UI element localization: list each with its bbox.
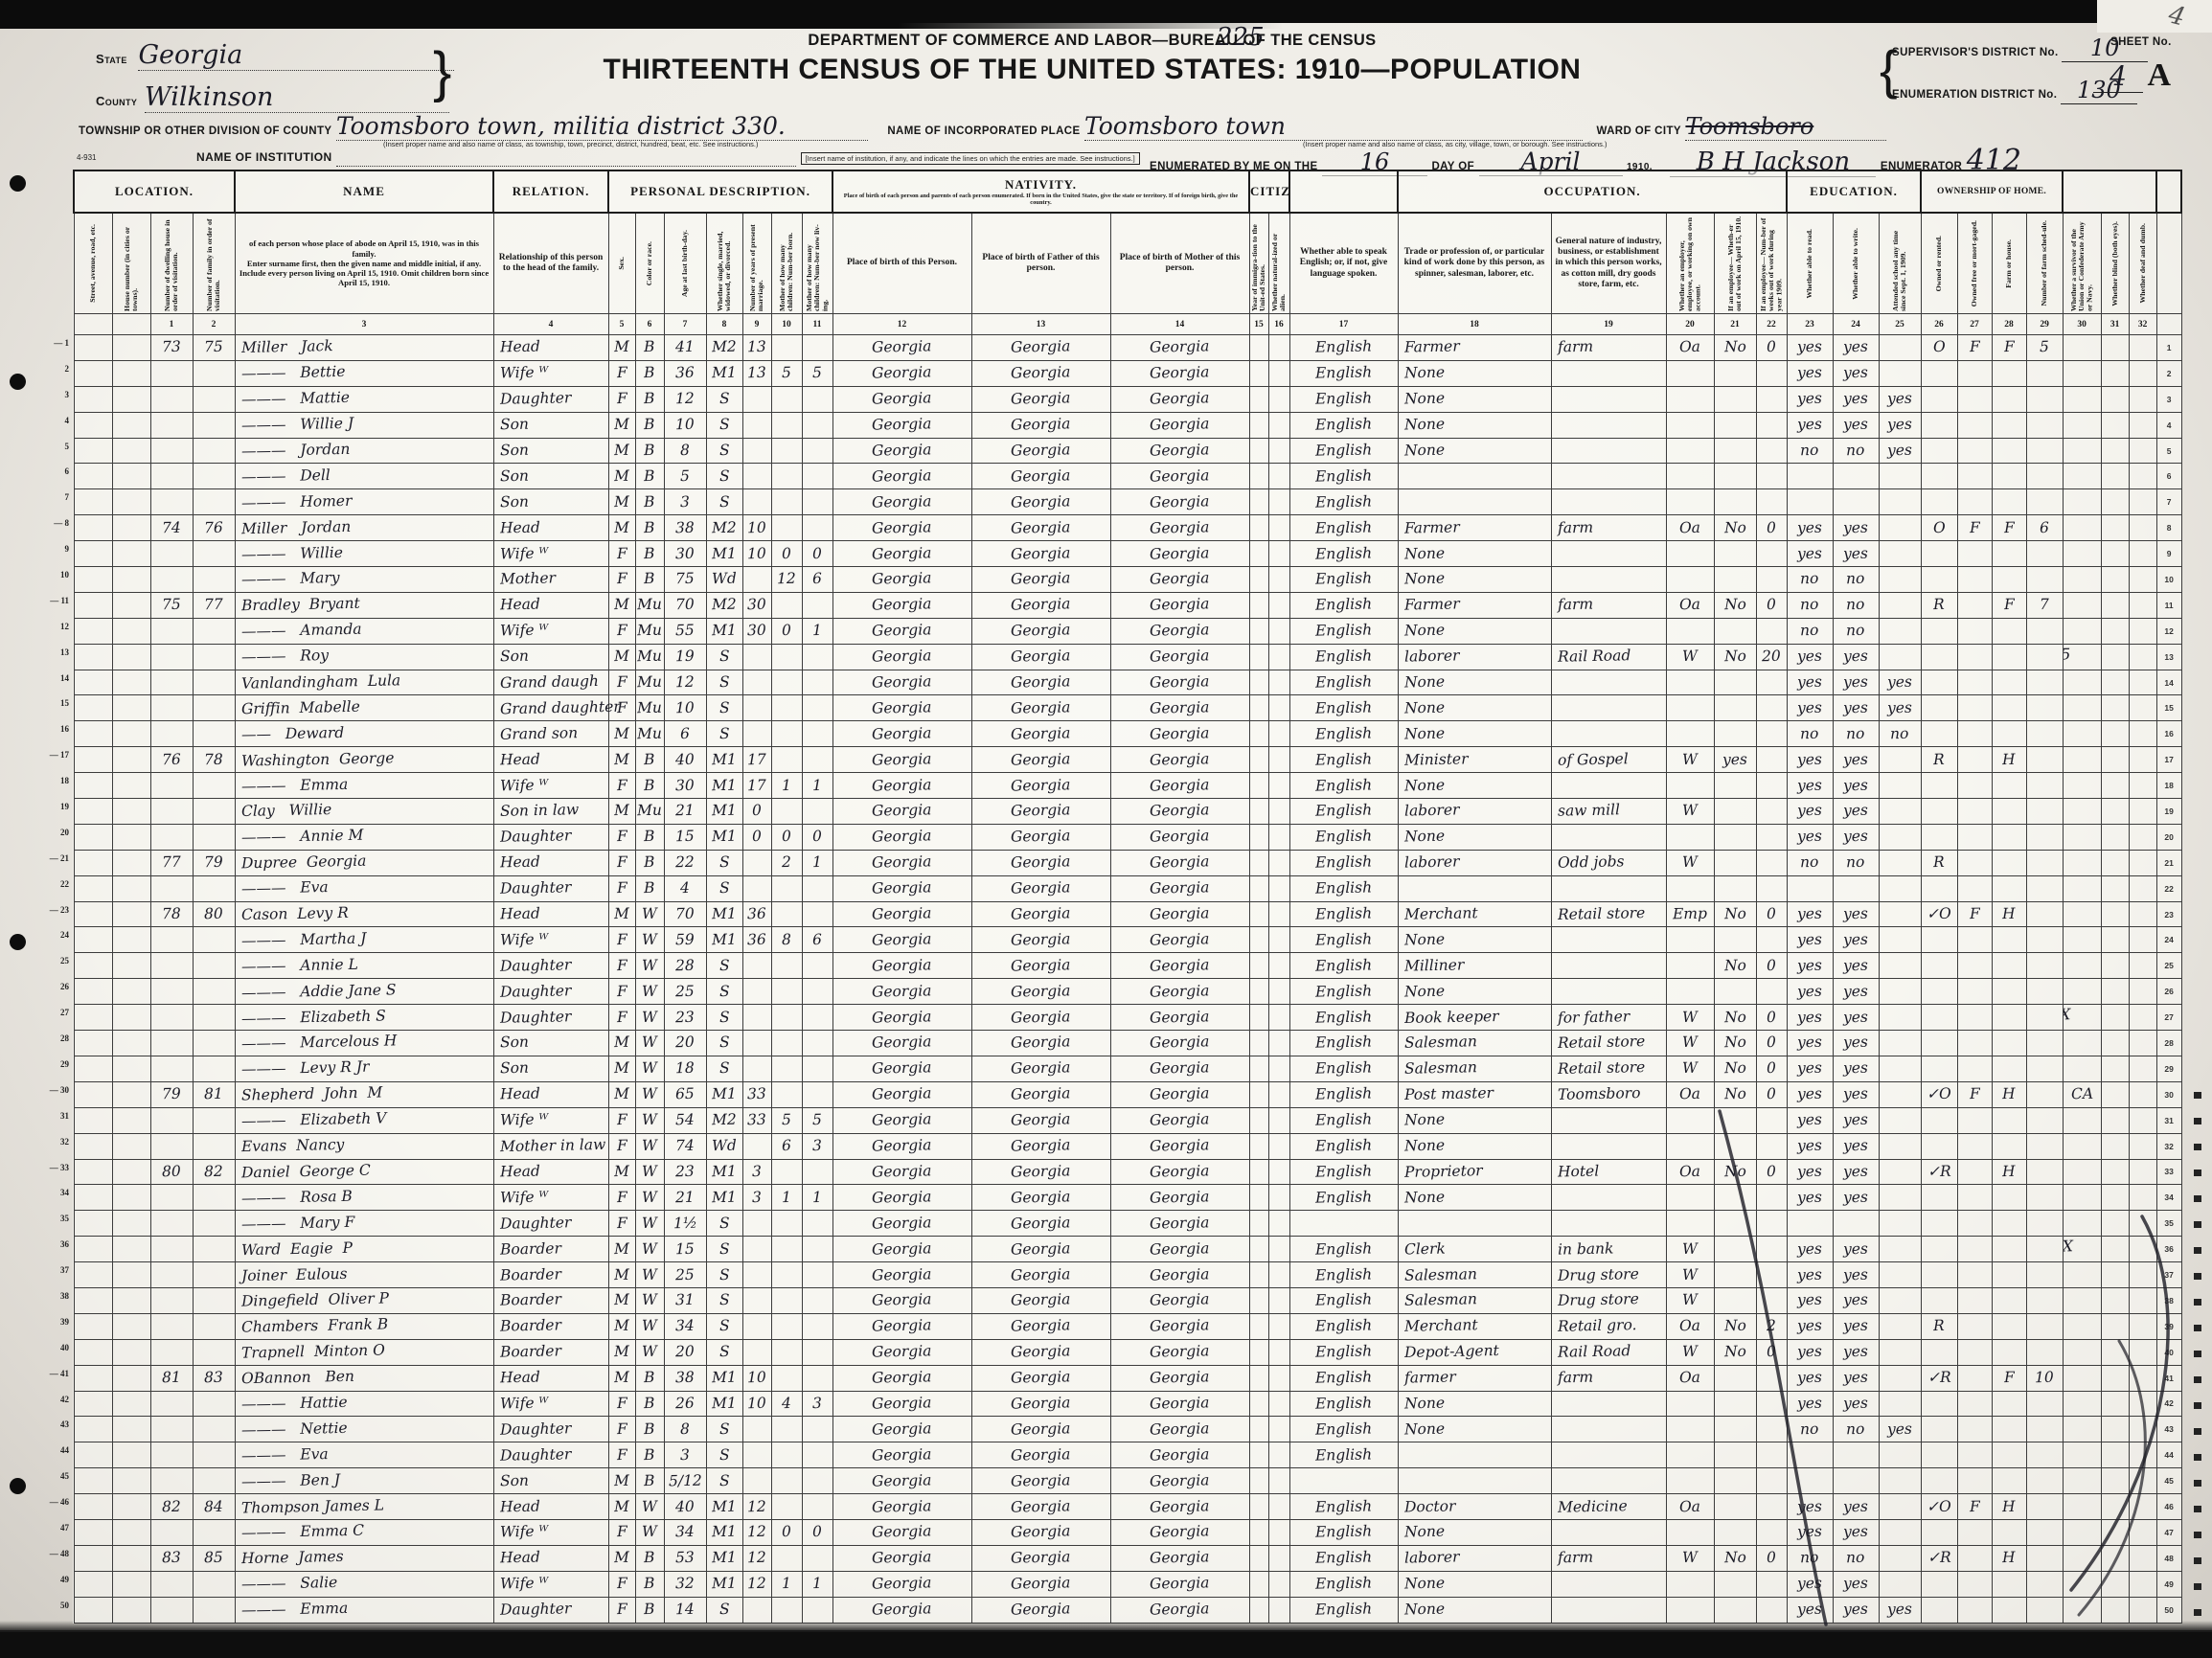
col-employer-cell: W xyxy=(1666,799,1714,825)
col-line-number-right-cell: 40 xyxy=(2156,1339,2181,1365)
col-immigration-year-cell xyxy=(1249,1237,1268,1262)
col-trade-cell: None xyxy=(1398,1133,1551,1159)
col-farm-house-cell: H xyxy=(1992,1545,2026,1571)
col-farm-house-cell xyxy=(1992,489,2026,515)
col-children-born-cell xyxy=(771,1159,802,1185)
col-weeks-out-cell: 0 xyxy=(1756,592,1787,618)
col-write-cell: no xyxy=(1833,438,1879,464)
col-house-number-cell xyxy=(112,1391,150,1417)
col-weeks-out-cell: 0 xyxy=(1756,1545,1787,1571)
col-free-mortgaged-cell xyxy=(1957,1519,1992,1545)
line-number: — 30 xyxy=(29,1078,69,1103)
col-trade-cell: None xyxy=(1398,567,1551,593)
col-farm-house-cell xyxy=(1992,1339,2026,1365)
county-line: County Wilkinson xyxy=(96,82,449,113)
col-industry-cell: farm xyxy=(1551,1365,1666,1391)
col-owned-rented-cell xyxy=(1921,1468,1957,1494)
col-immigration-year-cell xyxy=(1249,541,1268,567)
col-survivor-cell xyxy=(2063,1031,2101,1056)
col-immigration-year-cell xyxy=(1249,1365,1268,1391)
col-marital-cell: M1 xyxy=(706,927,742,953)
col-owned-rented-cell: ✓O xyxy=(1921,1081,1957,1107)
col-immigration-year-cell xyxy=(1249,1262,1268,1288)
col-weeks-out-cell: 0 xyxy=(1756,1031,1787,1056)
col-children-living-cell xyxy=(802,875,832,901)
col-deaf-dumb-cell xyxy=(2129,979,2156,1005)
col-family-number-cell xyxy=(193,670,235,695)
col-street-cell xyxy=(74,1056,112,1081)
col-trade-cell: None xyxy=(1398,773,1551,799)
col-dwelling-number-cell: 74 xyxy=(150,515,193,541)
col-write-cell: yes xyxy=(1833,1237,1879,1262)
col-relation-cell: Wife ᵂ xyxy=(493,541,608,567)
col-dwelling-number-cell xyxy=(150,567,193,593)
col-marital-cell: M2 xyxy=(706,335,742,361)
col-children-born-cell xyxy=(771,412,802,438)
col-read-cell: yes xyxy=(1787,1287,1833,1313)
col-dwelling-number-cell xyxy=(150,1313,193,1339)
col-age-cell: 18 xyxy=(664,1056,706,1081)
col-color-cell: B xyxy=(635,1597,664,1623)
col-birthplace-header: Place of birth of this Person. xyxy=(832,213,971,314)
section-blank xyxy=(2063,170,2156,213)
col-out-of-work-cell: No xyxy=(1714,1056,1756,1081)
col-father-birthplace-cell: Georgia xyxy=(971,541,1110,567)
col-farm-house-cell xyxy=(1992,1417,2026,1442)
col-mother-birthplace-cell: Georgia xyxy=(1110,1211,1249,1237)
table-row: 7981Shepherd John MHeadMW65M133GeorgiaGe… xyxy=(74,1081,2181,1107)
col-write-cell: yes xyxy=(1833,1391,1879,1417)
col-weeks-out-cell xyxy=(1756,1365,1787,1391)
col-color-cell: B xyxy=(635,1468,664,1494)
col-children-born-cell xyxy=(771,1211,802,1237)
col-survivor-cell xyxy=(2063,335,2101,361)
col-marital-cell: Wd xyxy=(706,1133,742,1159)
col-employer-cell xyxy=(1666,1391,1714,1417)
col-marital-cell: M1 xyxy=(706,901,742,927)
col-english-cell: English xyxy=(1289,1442,1398,1468)
col-family-number-number: 2 xyxy=(193,314,235,335)
col-age-cell: 41 xyxy=(664,335,706,361)
col-immigration-year-cell xyxy=(1249,1133,1268,1159)
col-birthplace-cell: Georgia xyxy=(832,464,971,489)
col-sex-cell: M xyxy=(608,901,635,927)
col-dwelling-number-cell xyxy=(150,1005,193,1031)
col-blind-cell xyxy=(2101,773,2129,799)
col-years-married-cell xyxy=(742,438,771,464)
col-trade-cell: Farmer xyxy=(1398,592,1551,618)
col-line-number-right-cell: 13 xyxy=(2156,644,2181,670)
col-naturalized-cell xyxy=(1268,489,1289,515)
col-read-cell: yes xyxy=(1787,901,1833,927)
table-row: ——— MattieDaughterFB12SGeorgiaGeorgiaGeo… xyxy=(74,386,2181,412)
col-naturalized-cell xyxy=(1268,695,1289,721)
col-name-cell: Horne James xyxy=(235,1545,493,1571)
col-read-cell: yes xyxy=(1787,541,1833,567)
col-relation-cell: Head xyxy=(493,335,608,361)
col-naturalized-cell xyxy=(1268,1005,1289,1031)
col-children-living-cell xyxy=(802,747,832,773)
col-survivor-cell xyxy=(2063,1417,2101,1442)
col-age-cell: 70 xyxy=(664,901,706,927)
col-marital-cell: M1 xyxy=(706,1519,742,1545)
col-dwelling-number-cell: 80 xyxy=(150,1159,193,1185)
col-industry-cell: Retail store xyxy=(1551,1056,1666,1081)
col-industry-cell: Hotel xyxy=(1551,1159,1666,1185)
dept-line: DEPARTMENT OF COMMERCE AND LABOR—BUREAU … xyxy=(613,32,1571,50)
col-farm-schedule-number: 29 xyxy=(2026,314,2063,335)
col-house-number-cell xyxy=(112,1571,150,1597)
col-survivor-cell xyxy=(2063,1262,2101,1288)
col-name-cell: Washington George xyxy=(235,747,493,773)
col-sex-cell: F xyxy=(608,927,635,953)
col-dwelling-number-cell xyxy=(150,1519,193,1545)
line-number: 12 xyxy=(29,614,69,640)
col-birthplace-cell: Georgia xyxy=(832,1005,971,1031)
col-children-born-header: Mother of how many children: Num-ber bor… xyxy=(771,213,802,314)
col-deaf-dumb-cell xyxy=(2129,1287,2156,1313)
col-weeks-out-cell xyxy=(1756,773,1787,799)
col-trade-cell: laborer xyxy=(1398,799,1551,825)
col-line-number-right-cell: 36 xyxy=(2156,1237,2181,1262)
table-row: Griffin MabelleGrand daughterFMu10SGeorg… xyxy=(74,695,2181,721)
col-read-cell: yes xyxy=(1787,953,1833,979)
col-color-cell: B xyxy=(635,875,664,901)
col-blind-cell xyxy=(2101,721,2129,747)
col-farm-schedule-cell: 10 xyxy=(2026,1365,2063,1391)
col-immigration-year-cell xyxy=(1249,721,1268,747)
col-sex-cell: M xyxy=(608,592,635,618)
col-years-married-cell xyxy=(742,386,771,412)
col-read-cell: yes xyxy=(1787,335,1833,361)
col-house-number-cell xyxy=(112,618,150,644)
col-street-cell xyxy=(74,799,112,825)
col-owned-rented-header: Owned or rented. xyxy=(1921,213,1957,314)
col-name-cell: Vanlandingham Lula xyxy=(235,670,493,695)
col-blind-cell xyxy=(2101,1056,2129,1081)
col-house-number-cell xyxy=(112,721,150,747)
col-deaf-dumb-cell xyxy=(2129,875,2156,901)
col-school-cell xyxy=(1879,1391,1921,1417)
col-family-number-cell xyxy=(193,412,235,438)
col-deaf-dumb-header: Whether deaf and dumb. xyxy=(2129,213,2156,314)
col-age-cell: 23 xyxy=(664,1159,706,1185)
col-relation-cell: Son xyxy=(493,489,608,515)
col-naturalized-cell xyxy=(1268,1442,1289,1468)
col-school-cell xyxy=(1879,541,1921,567)
col-family-number-cell: 76 xyxy=(193,515,235,541)
col-dwelling-number-cell xyxy=(150,1056,193,1081)
col-school-cell xyxy=(1879,1519,1921,1545)
col-survivor-cell xyxy=(2063,592,2101,618)
col-owned-rented-cell xyxy=(1921,1417,1957,1442)
col-weeks-out-cell: 20 xyxy=(1756,644,1787,670)
col-name-cell: ——— Homer xyxy=(235,489,493,515)
col-survivor-cell xyxy=(2063,1597,2101,1623)
col-english-cell: English xyxy=(1289,721,1398,747)
col-free-mortgaged-cell xyxy=(1957,567,1992,593)
col-mother-birthplace-cell: Georgia xyxy=(1110,1468,1249,1494)
col-birthplace-cell: Georgia xyxy=(832,747,971,773)
col-birthplace-cell: Georgia xyxy=(832,1365,971,1391)
col-dwelling-number-cell xyxy=(150,1287,193,1313)
col-father-birthplace-cell: Georgia xyxy=(971,1133,1110,1159)
col-farm-house-cell xyxy=(1992,1571,2026,1597)
col-industry-cell xyxy=(1551,1442,1666,1468)
col-immigration-year-cell xyxy=(1249,644,1268,670)
col-color-cell: B xyxy=(635,567,664,593)
col-street-cell xyxy=(74,464,112,489)
section-relation: RELATION. xyxy=(493,170,608,213)
col-school-cell xyxy=(1879,592,1921,618)
col-mother-birthplace-cell: Georgia xyxy=(1110,901,1249,927)
col-school-cell xyxy=(1879,875,1921,901)
col-out-of-work-cell xyxy=(1714,1519,1756,1545)
col-color-cell: W xyxy=(635,1185,664,1211)
col-out-of-work-cell xyxy=(1714,824,1756,850)
col-naturalized-cell xyxy=(1268,1287,1289,1313)
col-name-cell: Thompson James L xyxy=(235,1494,493,1520)
col-blind-cell xyxy=(2101,360,2129,386)
col-house-number-cell xyxy=(112,1005,150,1031)
col-mother-birthplace-cell: Georgia xyxy=(1110,1107,1249,1133)
col-out-of-work-cell xyxy=(1714,1365,1756,1391)
col-birthplace-cell: Georgia xyxy=(832,799,971,825)
col-family-number-cell xyxy=(193,438,235,464)
col-dwelling-number-cell xyxy=(150,824,193,850)
county-label: County xyxy=(96,94,137,108)
col-name-cell: Joiner Eulous xyxy=(235,1262,493,1288)
col-family-number-cell: 84 xyxy=(193,1494,235,1520)
table-row: 8082Daniel George CHeadMW23M13GeorgiaGeo… xyxy=(74,1159,2181,1185)
col-color-cell: W xyxy=(635,901,664,927)
col-write-cell: yes xyxy=(1833,1107,1879,1133)
table-row: ——— WillieWife ᵂFB30M11000GeorgiaGeorgia… xyxy=(74,541,2181,567)
col-write-cell: yes xyxy=(1833,515,1879,541)
col-children-born-cell xyxy=(771,1494,802,1520)
col-owned-rented-cell xyxy=(1921,721,1957,747)
col-sex-cell: M xyxy=(608,1313,635,1339)
col-family-number-cell xyxy=(193,1262,235,1288)
col-english-cell: English xyxy=(1289,592,1398,618)
col-employer-cell xyxy=(1666,773,1714,799)
col-immigration-year-cell xyxy=(1249,1519,1268,1545)
col-dwelling-number-cell xyxy=(150,670,193,695)
col-color-cell: B xyxy=(635,541,664,567)
col-free-mortgaged-cell xyxy=(1957,1417,1992,1442)
col-blind-cell xyxy=(2101,1005,2129,1031)
col-birthplace-cell: Georgia xyxy=(832,1237,971,1262)
col-marital-cell: S xyxy=(706,438,742,464)
col-house-number-number xyxy=(112,314,150,335)
col-age-cell: 30 xyxy=(664,773,706,799)
col-mother-birthplace-cell: Georgia xyxy=(1110,953,1249,979)
col-years-married-cell xyxy=(742,979,771,1005)
col-free-mortgaged-cell xyxy=(1957,953,1992,979)
col-line-number-right-cell: 17 xyxy=(2156,747,2181,773)
col-school-cell xyxy=(1879,1211,1921,1237)
col-age-cell: 54 xyxy=(664,1107,706,1133)
col-weeks-out-header: If an employee— Num-ber of weeks out of … xyxy=(1756,213,1787,314)
table-row: ——— Emma CWife ᵂFW34M11200GeorgiaGeorgia… xyxy=(74,1519,2181,1545)
table-row: Clay WillieSon in lawMMu21M10GeorgiaGeor… xyxy=(74,799,2181,825)
col-industry-cell: farm xyxy=(1551,1545,1666,1571)
col-survivor-cell xyxy=(2063,1391,2101,1417)
col-sex-cell: M xyxy=(608,1339,635,1365)
col-father-birthplace-cell: Georgia xyxy=(971,412,1110,438)
col-line-number-right-cell: 41 xyxy=(2156,1365,2181,1391)
col-age-cell: 5/12 xyxy=(664,1468,706,1494)
col-school-cell xyxy=(1879,799,1921,825)
col-age-cell: 22 xyxy=(664,850,706,875)
col-naturalized-cell xyxy=(1268,824,1289,850)
col-color-cell: B xyxy=(635,464,664,489)
col-family-number-cell xyxy=(193,1339,235,1365)
col-age-cell: 36 xyxy=(664,360,706,386)
col-street-cell xyxy=(74,721,112,747)
col-years-married-cell xyxy=(742,1442,771,1468)
section-blank xyxy=(1289,170,1398,213)
col-school-cell xyxy=(1879,953,1921,979)
col-deaf-dumb-cell xyxy=(2129,1081,2156,1107)
col-sex-cell: F xyxy=(608,1391,635,1417)
col-color-cell: B xyxy=(635,386,664,412)
col-deaf-dumb-cell xyxy=(2129,1339,2156,1365)
col-school-number: 25 xyxy=(1879,314,1921,335)
col-naturalized-cell xyxy=(1268,644,1289,670)
col-weeks-out-cell xyxy=(1756,1519,1787,1545)
col-birthplace-cell: Georgia xyxy=(832,1417,971,1442)
col-name-cell: ——— Addie Jane S xyxy=(235,979,493,1005)
col-free-mortgaged-cell xyxy=(1957,721,1992,747)
col-free-mortgaged-cell xyxy=(1957,464,1992,489)
col-family-number-cell xyxy=(193,875,235,901)
col-deaf-dumb-cell xyxy=(2129,567,2156,593)
col-father-birthplace-cell: Georgia xyxy=(971,1597,1110,1623)
col-family-number-cell: 82 xyxy=(193,1159,235,1185)
col-line-number-right-cell: 16 xyxy=(2156,721,2181,747)
col-name-cell: ——— Annie M xyxy=(235,824,493,850)
col-house-number-cell xyxy=(112,1133,150,1159)
col-trade-cell: Book keeper xyxy=(1398,1005,1551,1031)
col-years-married-cell: 36 xyxy=(742,927,771,953)
col-age-cell: 53 xyxy=(664,1545,706,1571)
col-deaf-dumb-cell xyxy=(2129,1313,2156,1339)
col-street-cell xyxy=(74,1237,112,1262)
col-children-living-cell xyxy=(802,1339,832,1365)
col-deaf-dumb-cell xyxy=(2129,489,2156,515)
col-naturalized-cell xyxy=(1268,670,1289,695)
ward-label: WARD OF CITY xyxy=(1596,125,1681,137)
col-farm-schedule-cell: 5 xyxy=(2026,335,2063,361)
col-children-living-cell xyxy=(802,1081,832,1107)
col-children-living-cell xyxy=(802,953,832,979)
section-occupation: OCCUPATION. xyxy=(1398,170,1787,213)
col-industry-cell xyxy=(1551,489,1666,515)
col-deaf-dumb-cell xyxy=(2129,695,2156,721)
col-read-cell: yes xyxy=(1787,1571,1833,1597)
col-line-number-right-cell: 34 xyxy=(2156,1185,2181,1211)
col-relation-cell: Son xyxy=(493,1468,608,1494)
col-birthplace-cell: Georgia xyxy=(832,644,971,670)
col-naturalized-cell xyxy=(1268,592,1289,618)
col-farm-house-cell: H xyxy=(1992,1159,2026,1185)
col-immigration-year-cell xyxy=(1249,618,1268,644)
section-citizenship: CITIZENSHIP. xyxy=(1249,170,1289,213)
col-age-cell: 38 xyxy=(664,515,706,541)
col-free-mortgaged-cell xyxy=(1957,695,1992,721)
col-survivor-cell xyxy=(2063,618,2101,644)
col-color-cell: B xyxy=(635,1417,664,1442)
col-father-birthplace-cell: Georgia xyxy=(971,1211,1110,1237)
col-mother-birthplace-cell: Georgia xyxy=(1110,1597,1249,1623)
col-sex-cell: F xyxy=(608,1005,635,1031)
col-children-living-cell: 3 xyxy=(802,1133,832,1159)
col-relation-cell: Son xyxy=(493,1031,608,1056)
col-mother-birthplace-cell: Georgia xyxy=(1110,592,1249,618)
col-relation-cell: Mother xyxy=(493,567,608,593)
col-farm-schedule-cell xyxy=(2026,1494,2063,1520)
col-naturalized-cell xyxy=(1268,1185,1289,1211)
table-row: ——— BettieWife ᵂFB36M11355GeorgiaGeorgia… xyxy=(74,360,2181,386)
col-dwelling-number-cell xyxy=(150,1468,193,1494)
col-farm-house-cell: H xyxy=(1992,1494,2026,1520)
col-relation-cell: Boarder xyxy=(493,1287,608,1313)
state-label: State xyxy=(96,52,127,66)
col-color-cell: W xyxy=(635,1313,664,1339)
col-immigration-year-cell xyxy=(1249,1494,1268,1520)
col-weeks-out-cell xyxy=(1756,412,1787,438)
col-family-number-cell xyxy=(193,644,235,670)
col-english-cell: English xyxy=(1289,412,1398,438)
col-out-of-work-number: 21 xyxy=(1714,314,1756,335)
col-children-born-cell xyxy=(771,799,802,825)
col-trade-cell: None xyxy=(1398,438,1551,464)
col-color-cell: W xyxy=(635,1107,664,1133)
col-owned-rented-cell xyxy=(1921,567,1957,593)
col-write-cell: yes xyxy=(1833,670,1879,695)
col-dwelling-number-cell xyxy=(150,1185,193,1211)
col-color-cell: B xyxy=(635,335,664,361)
col-survivor-cell xyxy=(2063,799,2101,825)
col-out-of-work-header: If an employee— Wheth-er out of work on … xyxy=(1714,213,1756,314)
table-row: 8284Thompson James LHeadMW40M112GeorgiaG… xyxy=(74,1494,2181,1520)
col-survivor-cell xyxy=(2063,1545,2101,1571)
col-sex-cell: M xyxy=(608,1081,635,1107)
col-owned-rented-cell: R xyxy=(1921,747,1957,773)
col-deaf-dumb-cell xyxy=(2129,1494,2156,1520)
col-out-of-work-cell xyxy=(1714,1211,1756,1237)
col-children-living-cell xyxy=(802,1211,832,1237)
col-naturalized-cell xyxy=(1268,360,1289,386)
col-english-cell: English xyxy=(1289,1056,1398,1081)
col-farm-schedule-cell xyxy=(2026,799,2063,825)
col-marital-cell: S xyxy=(706,1237,742,1262)
col-blind-cell xyxy=(2101,695,2129,721)
col-out-of-work-cell xyxy=(1714,799,1756,825)
col-school-header: Attended school any time since Sept. 1, … xyxy=(1879,213,1921,314)
line-number: 29 xyxy=(29,1052,69,1078)
col-marital-cell: S xyxy=(706,386,742,412)
col-farm-house-cell: F xyxy=(1992,1365,2026,1391)
col-trade-cell: None xyxy=(1398,695,1551,721)
table-row: ——— Annie LDaughterFW28SGeorgiaGeorgiaGe… xyxy=(74,953,2181,979)
col-industry-cell xyxy=(1551,721,1666,747)
col-dwelling-number-header: Number of dwelling house in order of vis… xyxy=(150,213,193,314)
col-family-number-cell xyxy=(193,360,235,386)
col-out-of-work-cell: No xyxy=(1714,1159,1756,1185)
col-years-married-cell xyxy=(742,1005,771,1031)
